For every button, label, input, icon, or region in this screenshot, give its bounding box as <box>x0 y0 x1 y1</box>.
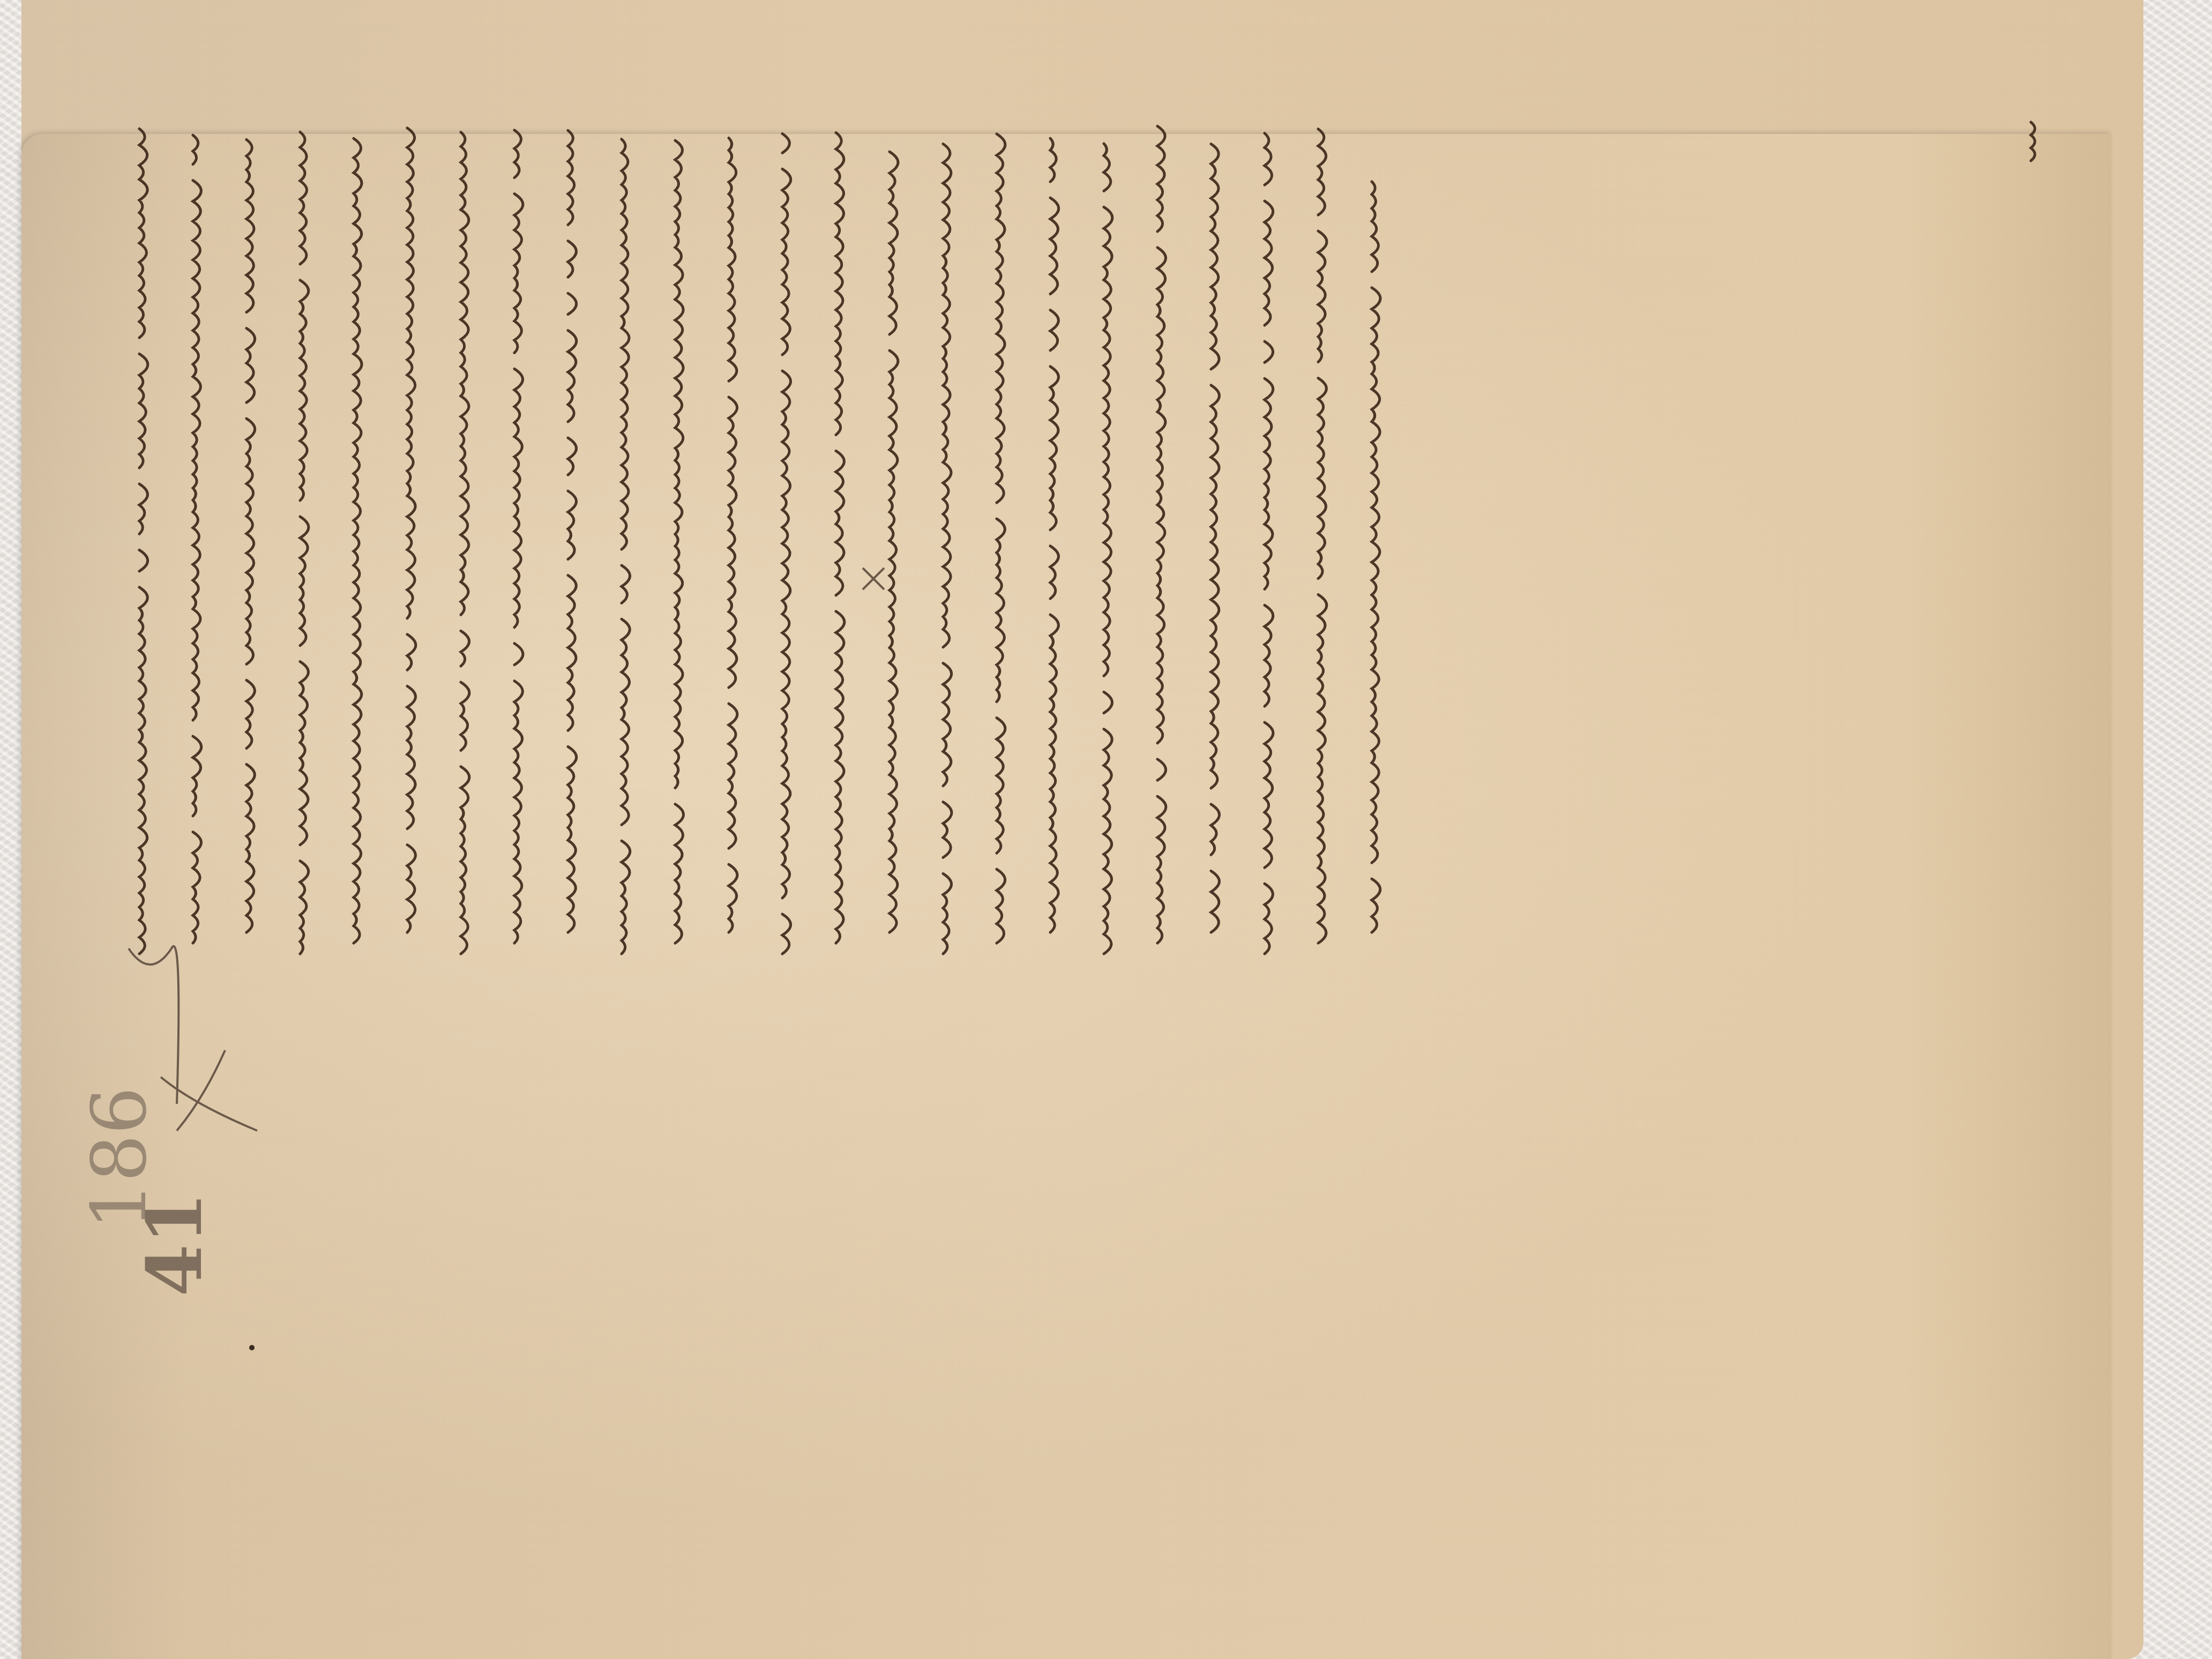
handwritten-line <box>407 128 416 932</box>
ink-dot <box>249 1345 255 1350</box>
handwritten-line <box>997 118 1005 943</box>
handwritten-line <box>461 132 469 954</box>
handwritten-line <box>246 139 255 932</box>
handwritten-line <box>836 133 845 943</box>
handwritten-line <box>1265 133 1273 954</box>
handwritten-line <box>1157 126 1166 943</box>
handwritten-line <box>782 134 791 954</box>
cross-mark-top-icon <box>863 568 884 589</box>
ink-folio-number: 41 <box>131 1192 219 1297</box>
handwritten-line <box>890 136 898 932</box>
handwritten-line <box>943 144 952 954</box>
handwritten-line <box>139 129 148 954</box>
handwritten-line <box>1372 182 1380 932</box>
handwritten-line <box>1211 144 1220 932</box>
handwritten-text-lines <box>0 0 2212 1659</box>
handwritten-line <box>622 139 630 954</box>
handwritten-line <box>1318 129 1327 943</box>
handwritten-line <box>354 138 362 943</box>
handwritten-line <box>1050 138 1059 932</box>
handwritten-line <box>300 132 309 954</box>
handwritten-line <box>729 138 737 932</box>
handwritten-line <box>1104 144 1112 954</box>
handwritten-line <box>193 135 201 943</box>
handwritten-line <box>514 130 523 943</box>
handwritten-line <box>675 140 684 943</box>
handwritten-line <box>568 130 577 932</box>
closing-word <box>2031 122 2035 161</box>
